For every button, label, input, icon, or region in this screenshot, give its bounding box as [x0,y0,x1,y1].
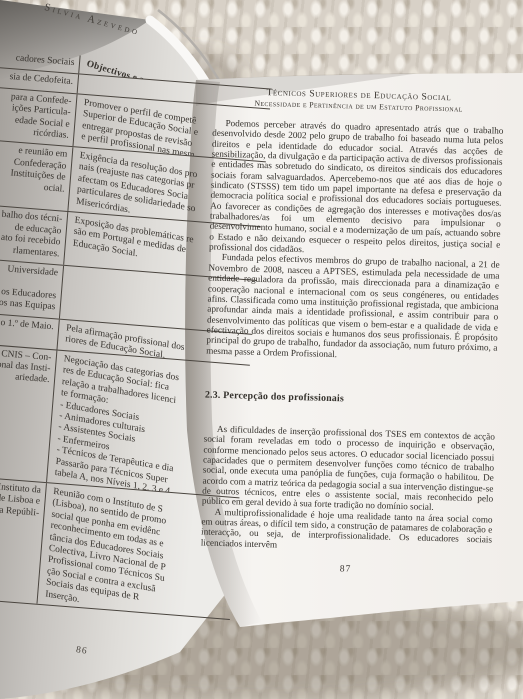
book-photo: Silvia Azevedo cadores Sociais Objectivo… [0,0,523,699]
paragraph-3: As dificuldades de inserção profissional… [202,423,495,514]
table-cell-left: para a Confede- ições Particula- edade S… [0,85,77,147]
page-number-left: 86 [75,645,88,657]
right-page-content: Técnicos Superiores de Educação Social N… [178,70,523,579]
table-cell-left: e reunião em Confederação Instituições d… [0,138,73,211]
paragraph-1: Podemos perceber através do quadro apres… [209,118,504,261]
body-text: Podemos perceber através do quadro apres… [201,118,504,556]
section-heading: 2.3. Percepção dos profissionais [205,389,496,408]
paragraph-2: Fundada pelos efectivos membros do grupo… [206,252,500,364]
table-cell-left: Universidade os Educadores ios nas Equip… [0,256,64,318]
paragraph-4: A multiprofissionalidade é hoje uma real… [201,506,493,555]
table-cell-left: balho dos técni- de educação ato foi rec… [0,203,68,265]
